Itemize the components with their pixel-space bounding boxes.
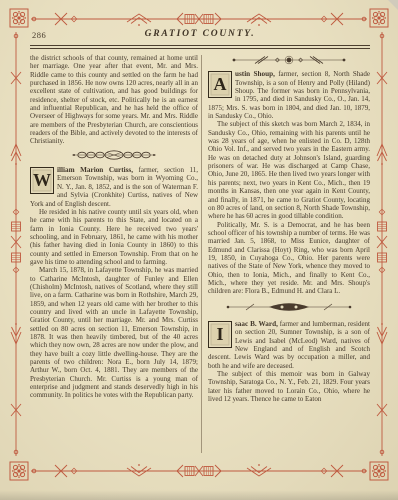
corner-rosette-icon	[9, 8, 29, 28]
running-title: GRATIOT COUNTY.	[30, 29, 370, 39]
corner-rosette-icon	[369, 461, 389, 481]
corner-rosette-icon	[9, 461, 29, 481]
header-rule	[30, 45, 370, 49]
entry-name: saac B. Ward,	[235, 320, 278, 328]
entry-text: farmer and lumberman, resident on sectio…	[208, 320, 370, 370]
chain-divider-ornament	[66, 149, 162, 163]
frame-right-ornament	[374, 32, 390, 456]
drop-cap-letter: I	[208, 321, 232, 348]
entry-ward-intro: Isaac B. Ward, farmer and lumberman, res…	[208, 320, 370, 370]
text-columns: the district schools of that county, rem…	[30, 52, 370, 460]
drop-cap-letter: W	[30, 167, 54, 194]
right-column: Austin Shoup, farmer, section 8, North S…	[208, 54, 370, 403]
drop-cap-letter: A	[208, 71, 232, 98]
scan-edge-shadow	[0, 490, 398, 500]
entry-shoup-intro: Austin Shoup, farmer, section 8, North S…	[208, 70, 370, 120]
entry-curtiss-paragraph: He resided in his native county until si…	[30, 208, 198, 266]
entry-curtiss-paragraph: March 15, 1878, in Lafayette Township, h…	[30, 266, 198, 400]
frame-bottom-ornament	[31, 461, 367, 481]
column-divider-rule	[201, 55, 202, 453]
corner-rosette-icon	[369, 8, 389, 28]
page-header: 286 GRATIOT COUNTY.	[30, 27, 370, 43]
entry-curtiss-intro: William Marion Curtiss, farmer, section …	[30, 166, 198, 208]
book-page: 286 GRATIOT COUNTY. the district schools…	[0, 0, 398, 500]
entry-ward-paragraph: The subject of this memoir was born in G…	[208, 370, 370, 403]
entry-name: illiam Marion Curtiss,	[57, 166, 133, 174]
frame-left-ornament	[8, 32, 24, 456]
frame-top-ornament	[31, 9, 367, 29]
entry-shoup-paragraph: The subject of this sketch was born Marc…	[208, 120, 370, 220]
lens-divider-ornament	[224, 300, 354, 316]
arrow-divider-ornament	[231, 55, 347, 67]
scan-edge-artifact	[388, 0, 398, 10]
left-column: the district schools of that county, rem…	[30, 54, 198, 400]
entry-shoup-paragraph: Politically, Mr. S. is a Democrat, and h…	[208, 221, 370, 296]
entry-name: ustin Shoup,	[235, 70, 275, 78]
paragraph-riddle-continuation: the district schools of that county, rem…	[30, 54, 198, 146]
entry-text: farmer, section 8, North Shade Township,…	[208, 70, 370, 120]
